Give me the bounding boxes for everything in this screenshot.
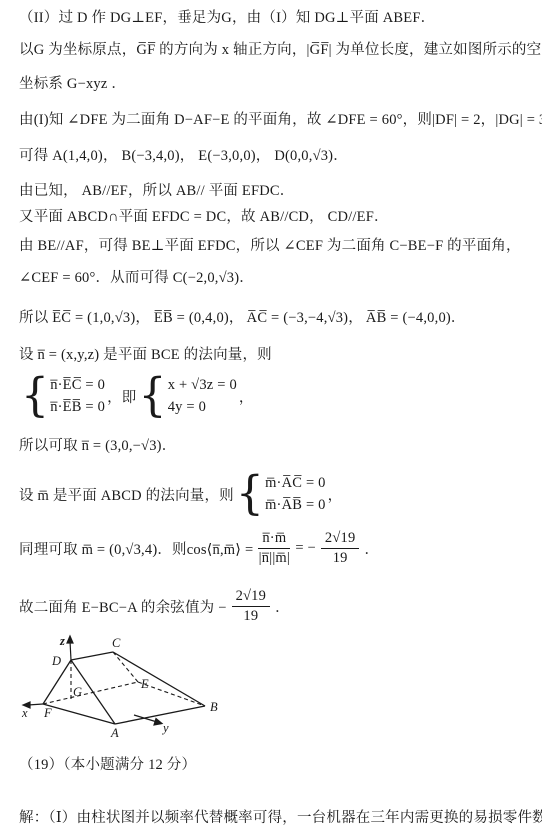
equals-sign: = − (295, 540, 316, 557)
solution-page: （II）过 D 作 DG⊥EF，垂足为G，由（I）知 DG⊥平面 ABEF． 以… (0, 0, 542, 837)
trailing-comma: ， (328, 484, 343, 505)
solution-line-5: 可得 A(1,4,0)， B(−3,4,0)， E(−3,0,0)， D(0,0… (19, 144, 348, 165)
solution-line-9: ∠CEF = 60°．从而可得 C(−2,0,√3)． (19, 266, 254, 287)
z-axis-arrow (67, 636, 73, 643)
solid-edges (43, 652, 205, 724)
result-fraction: 2√19 19 (321, 530, 360, 566)
solution-line-6: 由已知， AB//EF，所以 AB// 平面 EFDC． (19, 179, 295, 200)
line-lead-text: 同理可取 m̅ = (0,√3,4)．则cos⟨n̅,m̅⟩ = (19, 538, 253, 559)
solution-line-15-cosine: 同理可取 m̅ = (0,√3,4)．则cos⟨n̅,m̅⟩ = n̅·m̅ |… (19, 530, 379, 566)
left-brace: { (236, 471, 264, 517)
fraction-denominator: 19 (243, 607, 258, 625)
vertex-label-D: D (51, 654, 61, 668)
fraction-numerator: n̅·m̅ (258, 530, 290, 549)
period: ． (275, 596, 290, 617)
dashed-edges (43, 652, 205, 706)
system-eq-2: n̅·E̅B̅ = 0 (50, 398, 105, 416)
problem-19-header: （19）（本小题满分 12 分） (19, 753, 196, 774)
left-brace: { (139, 373, 167, 419)
y-axis-arrow (154, 719, 162, 726)
normal-vector-system: { n̅·E̅C̅ = 0 n̅·E̅B̅ = 0 (21, 374, 105, 418)
axis-label-z: z (59, 634, 65, 648)
system-eq-1: n̅·E̅C̅ = 0 (50, 376, 105, 394)
solution-line-1: （II）过 D 作 DG⊥EF，垂足为G，由（I）知 DG⊥平面 ABEF． (19, 6, 435, 27)
vertex-label-F: F (43, 706, 52, 720)
left-brace: { (21, 373, 49, 419)
line-lead-text: 设 m̅ 是平面 ABCD 的法向量，则 (19, 484, 234, 505)
line-lead-text: 故二面角 E−BC−A 的余弦值为 − (19, 596, 227, 617)
solution-line-3: 坐标系 G−xyz ． (19, 72, 126, 93)
solution-line-7: 又平面 ABCD∩平面 EFDC = DC，故 AB//CD， CD//EF． (19, 205, 389, 226)
simplified-system: { x + √3z = 0 4y = 0 (139, 374, 237, 418)
solution-line-8: 由 BE//AF，可得 BE⊥平面 EFDC，所以 ∠CEF 为二面角 C−BE… (19, 234, 521, 255)
solution-line-12-equation-system: { n̅·E̅C̅ = 0 n̅·E̅B̅ = 0 ，即 { x + √3z =… (19, 374, 254, 418)
dot-product-fraction: n̅·m̅ |n̅||m̅| (258, 530, 290, 566)
vertex-label-A: A (110, 726, 119, 740)
solution-line-11: 设 n̅ = (x,y,z) 是平面 BCE 的法向量，则 (19, 343, 272, 364)
m-vector-system: { m̅·A̅C̅ = 0 m̅·A̅B̅ = 0 (236, 472, 326, 516)
axis-label-x: x (21, 706, 28, 720)
solution-line-2: 以G 为坐标原点，G̅F̅ 的方向为 x 轴正方向，|G̅F̅| 为单位长度，建… (19, 38, 542, 59)
fraction-numerator: 2√19 (232, 588, 271, 607)
system-eq-4: 4y = 0 (168, 398, 237, 416)
vertex-label-G: G (73, 685, 82, 699)
result-fraction: 2√19 19 (232, 588, 271, 624)
system-eq-3: x + √3z = 0 (168, 376, 237, 394)
vertex-label-C: C (112, 636, 121, 650)
solution-line-14-equation-system: 设 m̅ 是平面 ABCD 的法向量，则 { m̅·A̅C̅ = 0 m̅·A̅… (19, 472, 342, 516)
fraction-denominator: 19 (333, 549, 348, 567)
vertex-label-E: E (140, 677, 149, 691)
solution-line-4: 由(I)知 ∠DFE 为二面角 D−AF−E 的平面角，故 ∠DFE = 60°… (19, 108, 542, 129)
system-connector: ，即 (107, 386, 136, 407)
fraction-denominator: |n̅||m̅| (259, 549, 290, 567)
solution-line-13: 所以可取 n̅ = (3,0,−√3)． (19, 434, 176, 455)
geometry-figure: D C E G F A B x y z (8, 633, 236, 741)
fraction-numerator: 2√19 (321, 530, 360, 549)
trailing-comma: ， (239, 386, 254, 407)
solution-line-16-conclusion: 故二面角 E−BC−A 的余弦值为 − 2√19 19 ． (19, 588, 290, 624)
vertex-label-B: B (210, 700, 218, 714)
period: ． (364, 538, 379, 559)
problem-19-solution-start: 解：（Ⅰ）由柱状图并以频率代替概率可得，一台机器在三年内需更换的易损零件数为8，… (19, 806, 542, 827)
system-eq-2: m̅·A̅B̅ = 0 (265, 496, 326, 514)
axis-label-y: y (161, 721, 169, 735)
system-eq-1: m̅·A̅C̅ = 0 (265, 474, 326, 492)
solution-line-10: 所以 E̅C̅ = (1,0,√3)， E̅B̅ = (0,4,0)， A̅C̅… (19, 306, 466, 327)
